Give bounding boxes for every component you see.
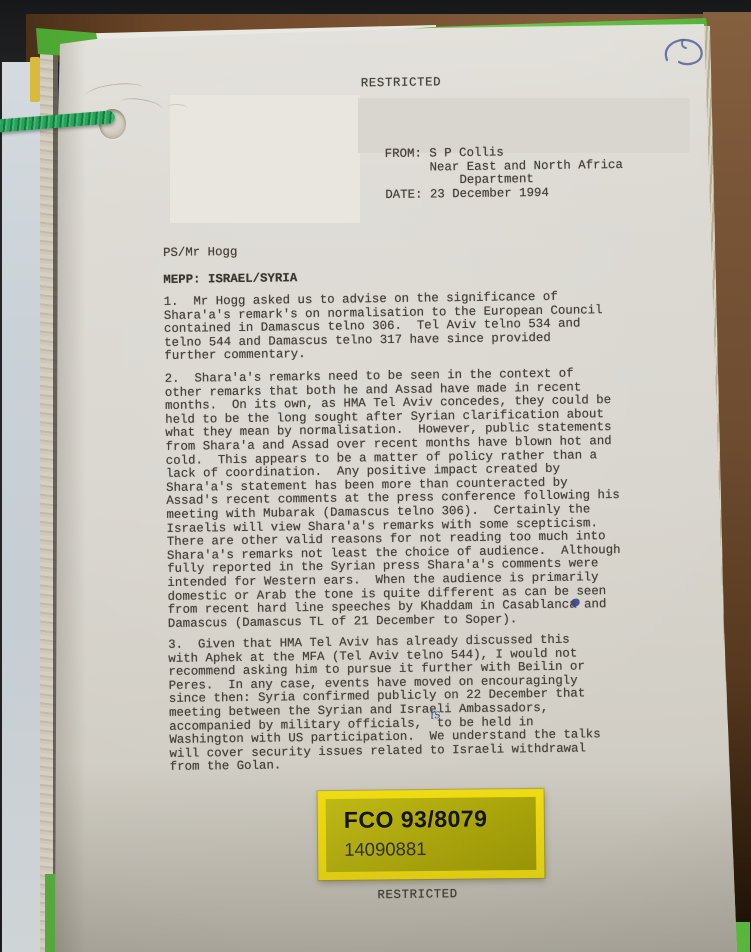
paragraph-2: 2. Shara'a's remarks need to be seen in … bbox=[165, 367, 622, 631]
archive-label-inner: FCO 93/8079 14090881 bbox=[326, 797, 537, 872]
addressee: PS/Mr Hogg bbox=[163, 246, 238, 261]
archive-reference-label: FCO 93/8079 14090881 bbox=[318, 789, 545, 880]
classification-bottom: RESTRICTED bbox=[377, 888, 458, 903]
underlying-sheet-edge bbox=[2, 62, 44, 952]
photo-canvas: RESTRICTED FROM: S P Collis Near East an… bbox=[0, 0, 751, 952]
classification-top: RESTRICTED bbox=[361, 76, 442, 91]
yellow-tab bbox=[30, 57, 40, 102]
from-date-block: FROM: S P Collis Near East and North Afr… bbox=[385, 145, 624, 202]
item-number: 14090881 bbox=[344, 838, 427, 861]
paragraph-1: 1. Mr Hogg asked us to advise on the sig… bbox=[164, 290, 604, 364]
handwritten-insert: is bbox=[429, 707, 441, 722]
file-reference: FCO 93/8079 bbox=[344, 805, 488, 834]
document-page: RESTRICTED FROM: S P Collis Near East an… bbox=[0, 0, 751, 952]
subject-line: MEPP: ISRAEL/SYRIA bbox=[163, 272, 297, 287]
paragraph-3: 3. Given that HMA Tel Aviv has already d… bbox=[168, 633, 601, 775]
